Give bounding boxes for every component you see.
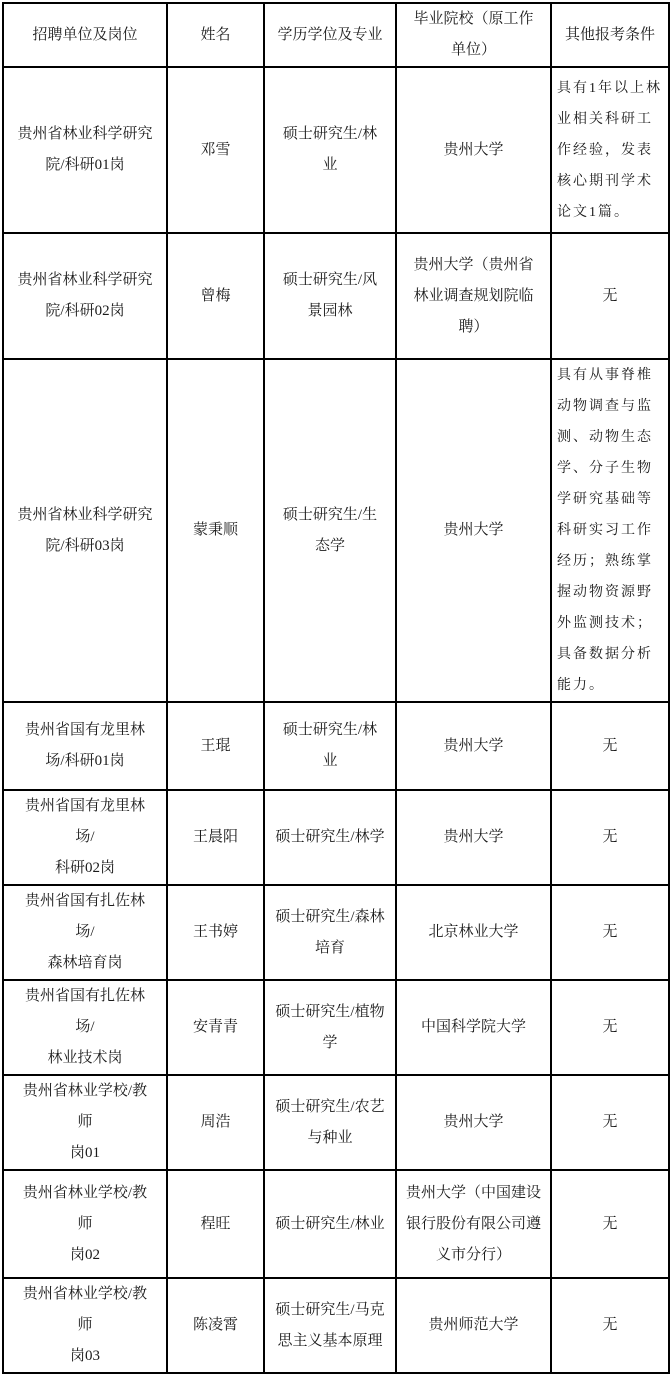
cell-unit: 贵州省林业学校/教师 岗01 — [3, 1075, 167, 1170]
cell-school: 贵州大学 — [396, 67, 551, 233]
recruitment-table: 招聘单位及岗位姓名学历学位及专业毕业院校（原工作 单位）其他报考条件 贵州省林业… — [2, 2, 670, 1374]
cell-degree: 硕士研究生/森林 培育 — [264, 885, 396, 980]
cell-degree: 硕士研究生/林 业 — [264, 67, 396, 233]
table-row: 贵州省林业学校/教师 岗01周浩硕士研究生/农艺 与种业贵州大学无 — [3, 1075, 669, 1170]
column-header-conditions: 其他报考条件 — [551, 3, 669, 67]
cell-conditions: 无 — [551, 1278, 669, 1373]
cell-conditions: 具有1年以上林 业相关科研工 作经验，发表 核心期刊学术 论文1篇。 — [551, 67, 669, 233]
cell-unit: 贵州省国有扎佐林场/ 林业技术岗 — [3, 980, 167, 1075]
cell-degree: 硕士研究生/林 业 — [264, 702, 396, 790]
cell-conditions: 无 — [551, 1075, 669, 1170]
cell-name: 曾梅 — [167, 233, 264, 359]
cell-name: 程旺 — [167, 1170, 264, 1278]
cell-name: 王晨阳 — [167, 790, 264, 885]
cell-unit: 贵州省林业学校/教师 岗02 — [3, 1170, 167, 1278]
cell-school: 贵州大学 — [396, 1075, 551, 1170]
recruitment-table-page: 招聘单位及岗位姓名学历学位及专业毕业院校（原工作 单位）其他报考条件 贵州省林业… — [0, 0, 670, 1276]
cell-unit: 贵州省国有龙里林 场/科研01岗 — [3, 702, 167, 790]
cell-unit: 贵州省林业科学研究 院/科研01岗 — [3, 67, 167, 233]
cell-unit: 贵州省林业科学研究 院/科研03岗 — [3, 359, 167, 702]
cell-conditions: 具有从事脊椎 动物调查与监 测、动物生态 学、分子生物 学研究基础等 科研实习工… — [551, 359, 669, 702]
cell-school: 中国科学院大学 — [396, 980, 551, 1075]
cell-unit: 贵州省国有龙里林场/ 科研02岗 — [3, 790, 167, 885]
cell-degree: 硕士研究生/马克 思主义基本原理 — [264, 1278, 396, 1373]
cell-school: 贵州大学 — [396, 702, 551, 790]
cell-degree: 硕士研究生/风 景园林 — [264, 233, 396, 359]
table-row: 贵州省国有龙里林 场/科研01岗王琨硕士研究生/林 业贵州大学无 — [3, 702, 669, 790]
table-row: 贵州省林业科学研究 院/科研02岗曾梅硕士研究生/风 景园林贵州大学（贵州省 林… — [3, 233, 669, 359]
table-row: 贵州省林业学校/教师 岗02程旺硕士研究生/林业贵州大学（中国建设 银行股份有限… — [3, 1170, 669, 1278]
cell-conditions: 无 — [551, 1170, 669, 1278]
table-header: 招聘单位及岗位姓名学历学位及专业毕业院校（原工作 单位）其他报考条件 — [3, 3, 669, 67]
cell-school: 贵州师范大学 — [396, 1278, 551, 1373]
cell-unit: 贵州省林业科学研究 院/科研02岗 — [3, 233, 167, 359]
column-header-degree: 学历学位及专业 — [264, 3, 396, 67]
cell-degree: 硕士研究生/植物 学 — [264, 980, 396, 1075]
cell-conditions: 无 — [551, 233, 669, 359]
table-row: 贵州省国有扎佐林场/ 森林培育岗王书婷硕士研究生/森林 培育北京林业大学无 — [3, 885, 669, 980]
cell-school: 贵州大学 — [396, 790, 551, 885]
cell-name: 安青青 — [167, 980, 264, 1075]
table-row: 贵州省国有龙里林场/ 科研02岗王晨阳硕士研究生/林学贵州大学无 — [3, 790, 669, 885]
cell-school: 北京林业大学 — [396, 885, 551, 980]
table-body: 贵州省林业科学研究 院/科研01岗邓雪硕士研究生/林 业贵州大学具有1年以上林 … — [3, 67, 669, 1373]
table-row: 贵州省林业学校/教师 岗03陈凌霄硕士研究生/马克 思主义基本原理贵州师范大学无 — [3, 1278, 669, 1373]
cell-name: 陈凌霄 — [167, 1278, 264, 1373]
cell-school: 贵州大学 — [396, 359, 551, 702]
table-row: 贵州省林业科学研究 院/科研01岗邓雪硕士研究生/林 业贵州大学具有1年以上林 … — [3, 67, 669, 233]
cell-degree: 硕士研究生/林业 — [264, 1170, 396, 1278]
table-row: 贵州省林业科学研究 院/科研03岗蒙秉顺硕士研究生/生 态学贵州大学具有从事脊椎… — [3, 359, 669, 702]
cell-unit: 贵州省林业学校/教师 岗03 — [3, 1278, 167, 1373]
cell-degree: 硕士研究生/农艺 与种业 — [264, 1075, 396, 1170]
table-row: 贵州省国有扎佐林场/ 林业技术岗安青青硕士研究生/植物 学中国科学院大学无 — [3, 980, 669, 1075]
cell-name: 王琨 — [167, 702, 264, 790]
cell-conditions: 无 — [551, 702, 669, 790]
header-row: 招聘单位及岗位姓名学历学位及专业毕业院校（原工作 单位）其他报考条件 — [3, 3, 669, 67]
cell-school: 贵州大学（贵州省 林业调查规划院临 聘） — [396, 233, 551, 359]
cell-name: 邓雪 — [167, 67, 264, 233]
cell-school: 贵州大学（中国建设 银行股份有限公司遵 义市分行） — [396, 1170, 551, 1278]
cell-conditions: 无 — [551, 790, 669, 885]
cell-name: 王书婷 — [167, 885, 264, 980]
cell-name: 蒙秉顺 — [167, 359, 264, 702]
column-header-school: 毕业院校（原工作 单位） — [396, 3, 551, 67]
cell-conditions: 无 — [551, 885, 669, 980]
cell-degree: 硕士研究生/生 态学 — [264, 359, 396, 702]
column-header-name: 姓名 — [167, 3, 264, 67]
cell-name: 周浩 — [167, 1075, 264, 1170]
cell-unit: 贵州省国有扎佐林场/ 森林培育岗 — [3, 885, 167, 980]
cell-conditions: 无 — [551, 980, 669, 1075]
column-header-unit: 招聘单位及岗位 — [3, 3, 167, 67]
cell-degree: 硕士研究生/林学 — [264, 790, 396, 885]
